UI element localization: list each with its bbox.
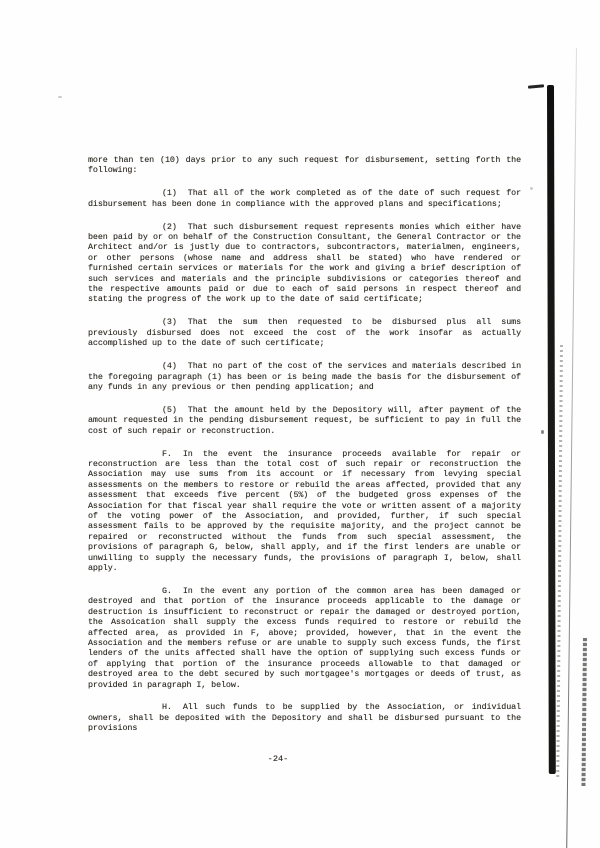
scan-artifact-dotted-strip [556, 345, 563, 777]
paragraph-list: (1)That all of the work completed as of … [88, 188, 521, 733]
paragraph-label: H. [162, 702, 183, 712]
paragraph-h: H.All such funds to be supplied by the A… [88, 702, 521, 733]
paragraph-label: (1) [162, 188, 188, 198]
intro-paragraph: more than ten (10) days prior to any suc… [88, 155, 521, 176]
paragraph-2: (2)That such disbursement request repres… [88, 222, 521, 305]
scan-artifact-dash [528, 84, 544, 88]
paragraph-label: G. [162, 586, 183, 596]
scan-artifact-speck [58, 96, 62, 98]
paragraph-5: (5)That the amount held by the Depositor… [88, 405, 521, 436]
paragraph-f: F.In the event the insurance proceeds av… [88, 449, 521, 574]
paragraph-label: (2) [162, 222, 188, 232]
paragraph-label: (4) [162, 361, 188, 371]
paragraph-3: (3)That the sum then requested to be dis… [88, 317, 521, 348]
paragraph-label: (3) [162, 317, 188, 327]
scanned-document-page: more than ten (10) days prior to any suc… [0, 0, 600, 848]
scan-artifact-dense-strip [581, 638, 587, 786]
document-body: more than ten (10) days prior to any suc… [88, 155, 521, 746]
scan-artifact-thin-line [566, 48, 577, 848]
scan-artifact-black-bar [547, 85, 556, 774]
scan-artifact-speck [541, 430, 544, 434]
scan-artifact-speck [530, 187, 533, 190]
paragraph-1: (1)That all of the work completed as of … [88, 188, 521, 209]
page-number: -24- [256, 754, 300, 764]
paragraph-label: (5) [162, 405, 188, 415]
paragraph-4: (4)That no part of the cost of the servi… [88, 361, 521, 392]
paragraph-label: F. [162, 449, 183, 459]
paragraph-g: G.In the event any portion of the common… [88, 586, 521, 690]
